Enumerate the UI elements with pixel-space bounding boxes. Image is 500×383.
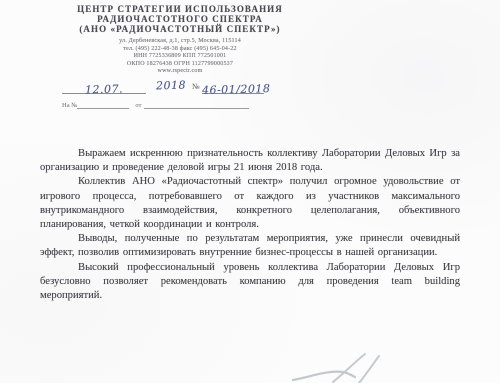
org-website: www.rspectr.com [30,68,330,76]
org-inn-kpp: ИНН 7725336809 КПП 772501001 [30,53,330,61]
organization-name: ЦЕНТР СТРАТЕГИИ ИСПОЛЬЗОВАНИЯ РАДИОЧАСТО… [30,4,330,34]
letterhead: ЦЕНТР СТРАТЕГИИ ИСПОЛЬЗОВАНИЯ РАДИОЧАСТО… [30,4,330,76]
paragraph-team-experience: Коллектив АНО «Радиочастотный спектр» по… [40,175,460,232]
org-name-line2: РАДИОЧАСТОТНОГО СПЕКТРА [30,14,330,24]
reply-label: На № [62,102,77,109]
reply-reference-line: На №от [62,101,307,109]
date-blank-line: 12.07. [62,80,146,94]
organization-contacts: ул. Дербеневская, д.1, стр.5, Москва, 11… [30,38,330,76]
date-number-line: 12.07.2018№46-01/2018 [62,76,307,96]
paragraph-recommendation: Высокий профессиональный уровень коллект… [40,261,460,304]
reference-block: 12.07.2018№46-01/2018 На №от [62,76,307,109]
signature-stroke [285,348,415,383]
reply-date-blank [144,101,249,109]
org-name-line1: ЦЕНТР СТРАТЕГИИ ИСПОЛЬЗОВАНИЯ [30,4,330,14]
org-name-line3: (АНО «РАДИОЧАСТОТНЫЙ СПЕКТР») [30,24,330,34]
paragraph-results: Выводы, полученные по результатам меропр… [40,232,460,260]
reply-number-blank [77,101,129,109]
number-sign: № [192,82,200,91]
letter-body: Выражаем искреннюю признательность колле… [40,147,460,303]
reply-from-label: от [135,102,141,109]
paragraph-gratitude: Выражаем искреннюю признательность колле… [40,147,460,175]
handwritten-year: 2018 [156,79,186,93]
org-address: ул. Дербеневская, д.1, стр.5, Москва, 11… [30,38,330,46]
scanned-letter-page: ЦЕНТР СТРАТЕГИИ ИСПОЛЬЗОВАНИЯ РАДИОЧАСТО… [0,0,500,383]
handwritten-number: 46-01/2018 [201,82,270,97]
handwritten-date: 12.07. [85,83,123,97]
number-blank-line: 46-01/2018 [202,80,264,94]
